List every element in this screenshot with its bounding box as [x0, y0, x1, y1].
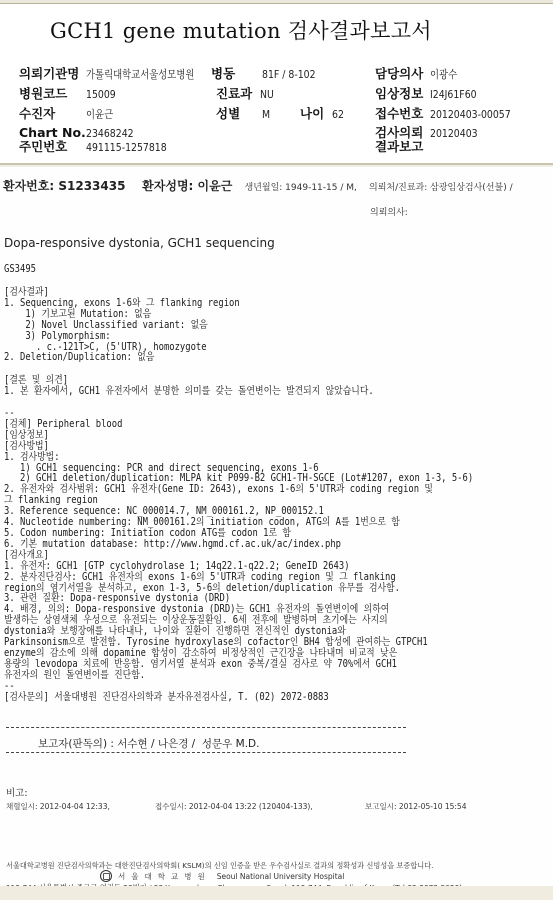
hospital-code-field: 15009: [86, 86, 121, 102]
sex-label-field: 성별: [216, 106, 240, 121]
reporter-bottom-rule: [6, 752, 406, 753]
age-label: 나이: [300, 106, 324, 121]
method-overview-section: -- [검체] Peripheral blood [임상정보] [검사방법] 1…: [4, 408, 473, 702]
hospital-logo-line: 서울대학교병원 Seoul National University Hospit…: [100, 870, 344, 882]
institution-label: 의뢰기관명: [19, 66, 79, 81]
doctor-field: 담당의사 이광수: [375, 66, 462, 82]
resident-no-field: 491115-1257818: [86, 139, 181, 155]
reporter-top-rule: [6, 727, 406, 728]
receipt-no-label: 접수번호: [375, 106, 423, 121]
institution-value: 가톨릭대학교서울성모병원: [86, 67, 194, 82]
hospital-code-value: 15009: [86, 87, 116, 102]
result-report-label: 결과보고: [375, 139, 423, 154]
sex-label: 성별: [216, 106, 240, 121]
patient-name-label: 환자성명:: [142, 179, 193, 193]
recipient-label-field: 수진자: [19, 106, 55, 121]
ward-field: 81F / 8-102: [262, 66, 325, 82]
ward-value: 81F / 8-102: [262, 67, 316, 82]
patient-name: 이윤근: [198, 179, 233, 193]
age-value: 62: [332, 107, 344, 122]
test-request-value: 20120403: [430, 126, 478, 141]
ward-label: 병동: [211, 66, 235, 81]
patient-no-label: 환자번호:: [3, 179, 54, 193]
receipt-no-field: 접수번호 20120403-00057: [375, 106, 525, 122]
test-name: Dopa-responsive dystonia, GCH1 sequencin…: [4, 236, 275, 250]
patient-no: S1233435: [58, 179, 125, 193]
results-section: [검사결과] 1. Sequencing, exons 1-6와 그 flank…: [4, 287, 240, 363]
department-label: 진료과: [216, 86, 252, 101]
recipient-value: 이윤근: [86, 107, 113, 122]
clinical-info-field: 임상정보 I24J61F60: [375, 86, 485, 102]
hospital-code-label: 병원코드: [19, 86, 67, 101]
resident-no-value: 491115-1257818: [86, 140, 167, 155]
clinical-info-label: 임상정보: [375, 86, 423, 101]
reporter-line: 보고자(판독의) : 서수현 / 나은경 / 성문우 M.D.: [38, 736, 259, 751]
resident-no-label-field: 주민번호: [19, 139, 67, 154]
receipt-no-value: 20120403-00057: [430, 107, 511, 122]
referral-info: 의뢰처/진료과: 삼광임상검사(선불) /: [369, 183, 513, 193]
hospital-emblem-icon: [100, 870, 112, 882]
bottom-frame-bar: [0, 886, 553, 900]
ward-label-field: 병동: [211, 66, 235, 81]
institution-field: 의뢰기관명 가톨릭대학교서울성모병원: [19, 66, 214, 82]
conclusion-section: [결론 및 의견] 1. 본 환자에서, GCH1 유전자에서 분명한 의미를 …: [4, 375, 374, 397]
hospital-name-kr: 서울대학교병원: [118, 871, 211, 882]
chart-no-label: Chart No.: [19, 125, 86, 140]
age-field: 나이 62: [300, 106, 346, 122]
reported-datetime: 보고일시: 2012-05-10 15:54: [365, 801, 466, 812]
result-report-field: 결과보고: [375, 139, 423, 154]
remark-label: 비고:: [6, 785, 28, 799]
chart-no-label-field: Chart No.: [19, 125, 86, 140]
test-request-label: 검사의뢰: [375, 125, 423, 140]
received-datetime: 접수일시: 2012-04-04 13:22 (120404-133),: [155, 801, 313, 812]
sex-field: M: [262, 106, 272, 122]
recipient-label: 수진자: [19, 106, 55, 121]
doctor-label: 담당의사: [375, 66, 423, 81]
report-body: 환자번호: S1233435 환자성명: 이윤근 생년월일: 1949-11-1…: [0, 167, 553, 880]
report-header: GCH1 gene mutation 검사결과보고서 의뢰기관명 가톨릭대학교서…: [0, 5, 553, 162]
test-code: GS3495: [4, 264, 36, 275]
patient-line: 환자번호: S1233435 환자성명: 이윤근 생년월일: 1949-11-1…: [3, 177, 513, 194]
doctor-value: 이광수: [430, 67, 457, 82]
department-value: NU: [260, 87, 274, 102]
clinical-info-value: I24J61F60: [430, 87, 477, 102]
hospital-code-label-field: 병원코드: [19, 86, 67, 101]
collected-datetime: 채혈일시: 2012-04-04 12:33,: [6, 801, 110, 812]
hospital-name-en: Seoul National University Hospital: [217, 872, 345, 881]
page-title: GCH1 gene mutation 검사결과보고서: [50, 15, 432, 45]
recipient-field: 이윤근: [86, 106, 118, 122]
top-frame-bar: [0, 0, 553, 4]
referring-doctor: 의뢰의사:: [370, 205, 408, 218]
sex-value: M: [262, 107, 270, 122]
department-field: 진료과 NU: [216, 86, 277, 102]
birth-info: 생년월일: 1949-11-15 / M,: [245, 183, 357, 193]
resident-no-label: 주민번호: [19, 139, 67, 154]
